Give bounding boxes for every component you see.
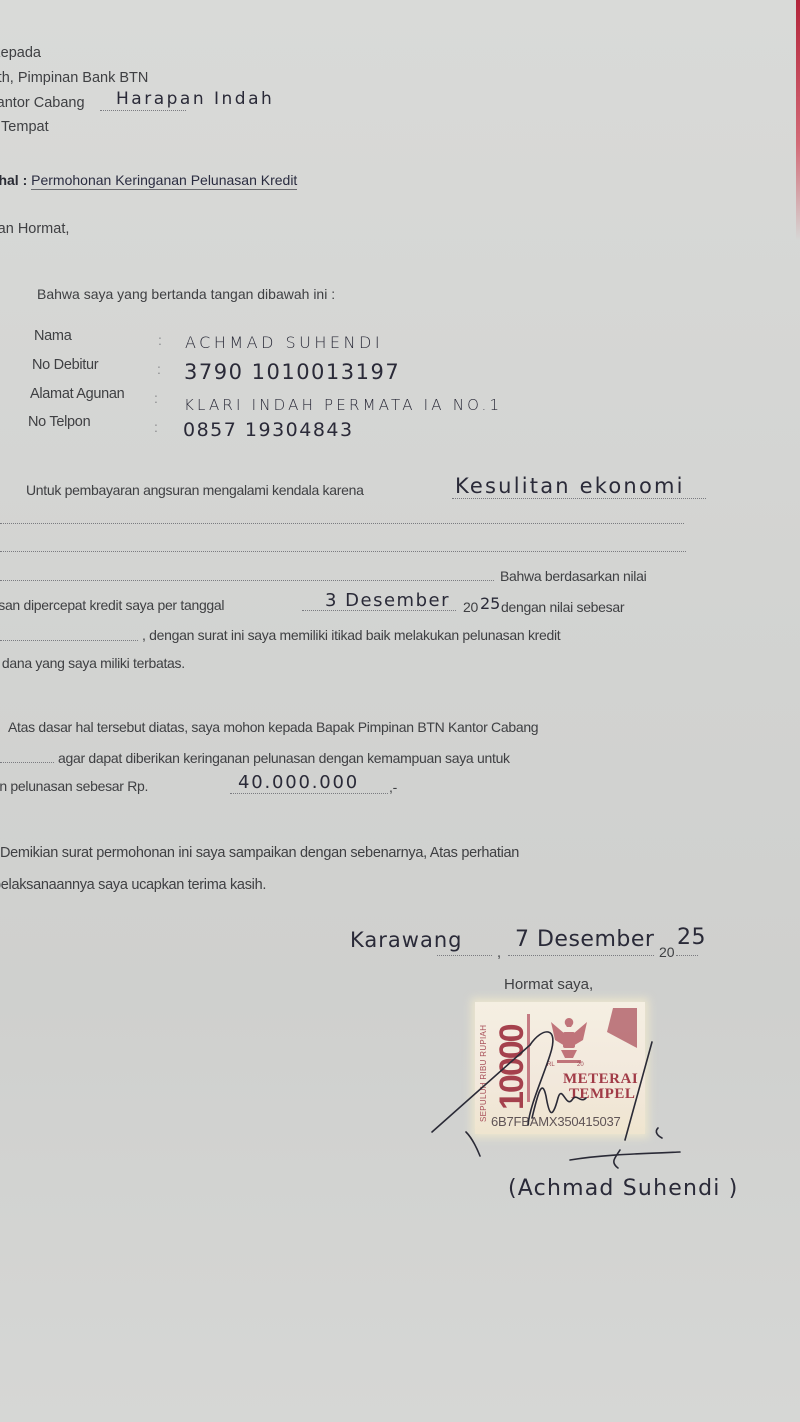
para2-line3-start: pembayaran pelunasan sebesar Rp. bbox=[0, 778, 148, 794]
para2-line3-end: ,- bbox=[389, 779, 397, 795]
document-photo: { "letter": { "address": { "kepada": "Ke… bbox=[0, 0, 800, 1422]
perihal-line: Perihal : Permohonan Keringanan Pelunasa… bbox=[0, 172, 297, 188]
sign-date-dotted-line bbox=[508, 955, 654, 956]
address-branch-label: Kantor Cabang bbox=[0, 95, 85, 111]
field-label-nama: Nama bbox=[34, 328, 71, 344]
sign-year-dotted-line bbox=[676, 955, 698, 956]
greeting: Dengan Hormat, bbox=[0, 221, 69, 237]
para1-line2-start: pelunasan dipercepat kredit saya per tan… bbox=[0, 597, 224, 613]
closing-line1: Demikian surat permohonan ini saya sampa… bbox=[0, 845, 519, 861]
date-value: 3 Desember bbox=[325, 590, 450, 611]
field-colon: : bbox=[157, 361, 161, 377]
perihal-subject: Permohonan Keringanan Pelunasan Kredit bbox=[31, 172, 297, 190]
blank-dotted-line-3 bbox=[0, 580, 494, 581]
settlement-amount: 40.000.000 bbox=[238, 772, 359, 793]
reason-value: Kesulitan ekonomi bbox=[455, 474, 685, 498]
intro-text: Bahwa saya yang bertanda tangan dibawah … bbox=[37, 286, 335, 302]
field-label-no-debitur: No Debitur bbox=[32, 357, 98, 373]
reason-intro: Untuk pembayaran angsuran mengalami kend… bbox=[26, 482, 364, 498]
para1-line2-end: dengan nilai sebesar bbox=[501, 599, 624, 615]
field-colon: : bbox=[154, 419, 158, 435]
amount-blank-dotted-line bbox=[0, 640, 138, 641]
signature-year: 25 bbox=[677, 925, 706, 950]
handwritten-signature bbox=[420, 990, 690, 1175]
field-colon: : bbox=[154, 390, 158, 406]
address-place: di Tempat bbox=[0, 119, 49, 135]
blank-dotted-line-1 bbox=[0, 523, 684, 524]
field-value-no-telpon: 0857 19304843 bbox=[183, 419, 354, 441]
para2-line1: Atas dasar hal tersebut diatas, saya moh… bbox=[8, 719, 538, 735]
address-branch-value: Harapan Indah bbox=[116, 89, 274, 109]
settlement-amount-dotted-line bbox=[230, 793, 388, 794]
reason-dotted-line bbox=[452, 498, 706, 499]
signature-year-prefix: 20 bbox=[659, 944, 675, 960]
branch-dotted-line bbox=[100, 110, 186, 111]
field-label-alamat-agunan: Alamat Agunan bbox=[30, 386, 124, 402]
year-value: 25 bbox=[480, 594, 500, 613]
field-value-no-debitur: 3790 1010013197 bbox=[184, 360, 400, 384]
comma-separator: , bbox=[497, 945, 501, 961]
background-red-object bbox=[796, 0, 800, 240]
perihal-label: Perihal : bbox=[0, 172, 27, 188]
closing-line2: dan pelaksanaannya saya ucapkan terima k… bbox=[0, 877, 266, 893]
blank-dotted-line-2 bbox=[0, 551, 686, 552]
signature-date: 7 Desember bbox=[515, 927, 654, 952]
field-colon: : bbox=[158, 332, 162, 348]
field-value-alamat-agunan: KLARI INDAH PERMATA IA NO.1 bbox=[184, 396, 502, 414]
address-recipient: Yth, Pimpinan Bank BTN bbox=[0, 70, 148, 86]
field-label-no-telpon: No Telpon bbox=[28, 414, 90, 430]
branch-blank-dotted-line bbox=[0, 762, 54, 763]
para1-line3: , dengan surat ini saya memiliki itikad … bbox=[142, 627, 560, 643]
city-dotted-line bbox=[437, 955, 492, 956]
signatory-name: (Achmad Suhendi ) bbox=[508, 1176, 739, 1201]
para1-line-end: Bahwa berdasarkan nilai bbox=[500, 568, 646, 584]
address-kepada: Kepada bbox=[0, 45, 41, 61]
para2-line2: agar dapat diberikan keringanan pelunasa… bbox=[58, 750, 510, 766]
field-value-nama: ACHMAD SUHENDI bbox=[185, 333, 383, 352]
para1-line4: namun dana yang saya miliki terbatas. bbox=[0, 655, 185, 671]
year-prefix: 20 bbox=[463, 599, 478, 615]
signature-city: Karawang bbox=[350, 928, 462, 952]
